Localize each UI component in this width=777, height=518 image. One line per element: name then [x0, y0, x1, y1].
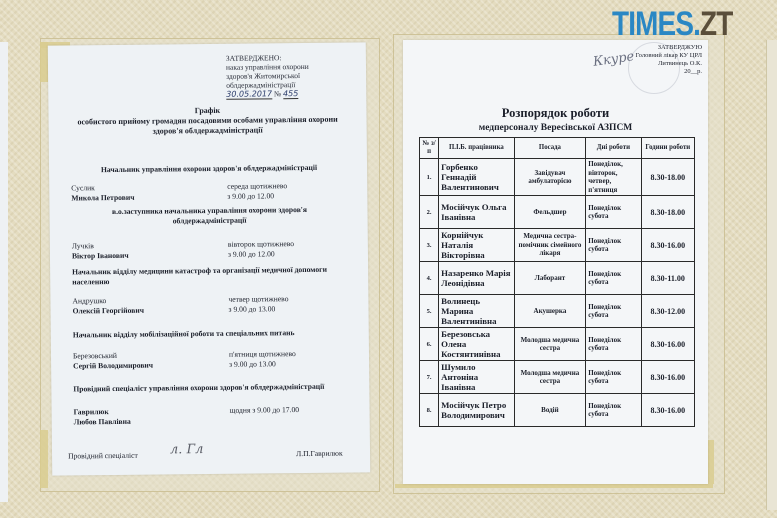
approval-date: 30.05.2017 [226, 89, 272, 99]
document-subtitle: здоров'я облдержадміністрації [49, 124, 367, 137]
cell-num: 2. [420, 196, 439, 229]
cell-days: Понеділок, вівторок, четвер, п'ятниця [586, 159, 641, 196]
cell-days: Понеділок субота [586, 394, 641, 427]
approval-line: здоров'я Житомирської [226, 71, 309, 81]
cell-days: Понеділок субота [586, 328, 641, 361]
section-heading: в.о.заступника начальника управління охо… [94, 205, 324, 227]
cell-num: 6. [420, 328, 439, 361]
cell-hours: 8.30-11.00 [641, 262, 694, 295]
cell-name: Мосійчук Петро Володимирович [439, 394, 515, 427]
schedule-time: з 9.00 до 12.00 [227, 191, 287, 202]
cell-hours: 8.30-12.00 [641, 295, 694, 328]
approval-line: Литвинець О.К. [635, 60, 702, 68]
cell-name: Назаренко Марія Леонідівна [439, 262, 515, 295]
cell-days: Понеділок субота [586, 262, 641, 295]
approval-block: ЗАТВЕРДЖУЮ Головний лікар КУ ЦРЛ Литвине… [635, 44, 702, 76]
given-name: Сергій Володимирович [73, 361, 153, 372]
schedule: п'ятниця щотижнево з 9.00 до 13.00 [229, 349, 296, 370]
official-name: Андрушко Олексій Георгійович [72, 296, 144, 317]
schedule-day: середа щотижнево [227, 181, 287, 192]
document-subtitle: медперсоналу Вересівської АЗПСМ [403, 123, 708, 133]
approval-title: ЗАТВЕРДЖУЮ [635, 44, 702, 52]
column-header-name: П.І.Б. працівника [439, 138, 515, 159]
surname: Суслик [71, 183, 134, 194]
cell-num: 4. [420, 262, 439, 295]
approval-line: 20__р. [635, 68, 702, 76]
cell-hours: 8.30-18.00 [641, 159, 694, 196]
approval-block: ЗАТВЕРДЖЕНО: наказ управління охорони зд… [226, 53, 309, 99]
schedule-day: вівторок щотижнево [228, 239, 294, 250]
schedule-day: п'ятниця щотижнево [229, 349, 296, 360]
cell-position: Завідувач амбулаторією [514, 159, 586, 196]
cell-name: Березовська Олена Костянтинівна [439, 328, 515, 361]
cell-num: 7. [420, 361, 439, 394]
cell-name: Корнійчук Наталія Вікторівна [439, 229, 515, 262]
schedule-time: з 9.00 до 13.00 [229, 359, 296, 370]
surname: Лучків [72, 241, 129, 252]
reception-schedule-document: ЗАТВЕРДЖЕНО: наказ управління охорони зд… [48, 42, 370, 475]
given-name: Микола Петрович [71, 193, 134, 204]
official-name: Суслик Микола Петрович [71, 183, 134, 204]
schedule: середа щотижнево з 9.00 до 12.00 [227, 181, 287, 202]
work-schedule-document: Ккуре ЗАТВЕРДЖУЮ Головний лікар КУ ЦРЛ Л… [403, 40, 708, 484]
cell-name: Шумило Антоніна Іванівна [439, 361, 515, 394]
schedule: щодня з 9.00 до 17.00 [230, 405, 300, 416]
logo-part-times: TIMES. [612, 5, 700, 43]
approval-line: Головний лікар КУ ЦРЛ [635, 52, 702, 60]
schedule-time: з 9.00 до 12.00 [228, 249, 294, 260]
table-row: 3.Корнійчук Наталія ВікторівнаМедична се… [420, 229, 695, 262]
schedule-day: четвер щотижнево [228, 294, 288, 305]
cell-position: Водій [514, 394, 586, 427]
cell-num: 3. [420, 229, 439, 262]
cell-name: Мосійчук Ольга Іванівна [439, 196, 515, 229]
section-heading: Начальник управління охорони здоров'я об… [69, 163, 349, 176]
handwritten-signature: л. Гл [170, 442, 204, 457]
approval-number: 455 [283, 89, 298, 99]
sleeve-corner [708, 440, 714, 484]
section-heading: Начальник відділу медицини катастроф та … [72, 265, 352, 288]
schedule: вівторок щотижнево з 9.00 до 12.00 [228, 239, 294, 260]
neighbor-sheet-right [766, 40, 777, 510]
table-row: 4.Назаренко Марія ЛеонідівнаЛаборантПоне… [420, 262, 695, 295]
cell-position: Молодша медична сестра [514, 328, 586, 361]
cell-num: 1. [420, 159, 439, 196]
cell-name: Горбенко Геннадій Валентинович [439, 159, 515, 196]
cell-position: Акушерка [514, 295, 586, 328]
cell-num: 8. [420, 394, 439, 427]
neighbor-sheet-left [0, 42, 8, 502]
cell-position: Лаборант [514, 262, 586, 295]
section-heading: Начальник відділу мобілізаційної роботи … [73, 327, 353, 340]
official-name: Гаврилюк Любов Павлівна [74, 407, 131, 428]
schedule: четвер щотижнево з 9.00 до 13.00 [228, 294, 288, 315]
cell-hours: 8.30-16.00 [641, 361, 694, 394]
column-header-position: Посада [514, 138, 586, 159]
times-zt-logo: TIMES.ZT [612, 6, 732, 42]
cell-hours: 8.30-16.00 [641, 229, 694, 262]
given-name: Віктор Іванович [72, 251, 129, 262]
schedule-time: з 9.00 до 13.00 [228, 304, 288, 315]
signature-role: Провідний спеціаліст [68, 451, 138, 461]
sleeve-corner [395, 484, 713, 488]
cell-position: Фельдшер [514, 196, 586, 229]
cell-hours: 8.30-18.00 [641, 196, 694, 229]
official-name: Лучків Віктор Іванович [72, 241, 129, 262]
given-name: Любов Павлівна [74, 417, 131, 428]
cell-days: Понеділок субота [586, 229, 641, 262]
document-title: Розпорядок роботи [403, 106, 708, 121]
cell-position: Медична сестра-помічник сімейного лікаря [514, 229, 586, 262]
given-name: Олексій Георгійович [72, 306, 144, 317]
cell-days: Понеділок субота [586, 295, 641, 328]
staff-schedule-table: № з/п П.І.Б. працівника Посада Дні робот… [419, 137, 695, 427]
approval-number-label: № [274, 89, 281, 98]
sleeve-corner [40, 430, 48, 488]
column-header-number: № з/п [420, 138, 439, 159]
column-header-hours: Години роботи [641, 138, 694, 159]
cell-name: Волинець Марина Валентинівна [439, 295, 515, 328]
cell-days: Понеділок субота [586, 361, 641, 394]
logo-part-zt: ZT [700, 5, 732, 43]
surname: Гаврилюк [74, 407, 131, 418]
cell-hours: 8.30-16.00 [641, 328, 694, 361]
cell-position: Молодша медична сестра [514, 361, 586, 394]
cell-days: Понеділок субота [586, 196, 641, 229]
table-row: 7.Шумило Антоніна ІванівнаМолодша медичн… [420, 361, 695, 394]
cell-num: 5. [420, 295, 439, 328]
signature-name: Л.П.Гаврилюк [296, 449, 343, 458]
column-header-days: Дні роботи [586, 138, 641, 159]
table-row: 6.Березовська Олена КостянтинівнаМолодша… [420, 328, 695, 361]
table-row: 1.Горбенко Геннадій ВалентиновичЗавідува… [420, 159, 695, 196]
table-row: 5.Волинець Марина ВалентинівнаАкушеркаПо… [420, 295, 695, 328]
official-name: Березовський Сергій Володимирович [73, 351, 153, 372]
table-row: 2.Мосійчук Ольга ІванівнаФельдшерПонеділ… [420, 196, 695, 229]
schedule-day: щодня з 9.00 до 17.00 [230, 405, 300, 416]
section-heading: Провідний спеціаліст управління охорони … [73, 381, 353, 394]
table-header-row: № з/п П.І.Б. працівника Посада Дні робот… [420, 138, 695, 159]
cell-hours: 8.30-16.00 [641, 394, 694, 427]
table-row: 8.Мосійчук Петро ВолодимировичВодійПонед… [420, 394, 695, 427]
